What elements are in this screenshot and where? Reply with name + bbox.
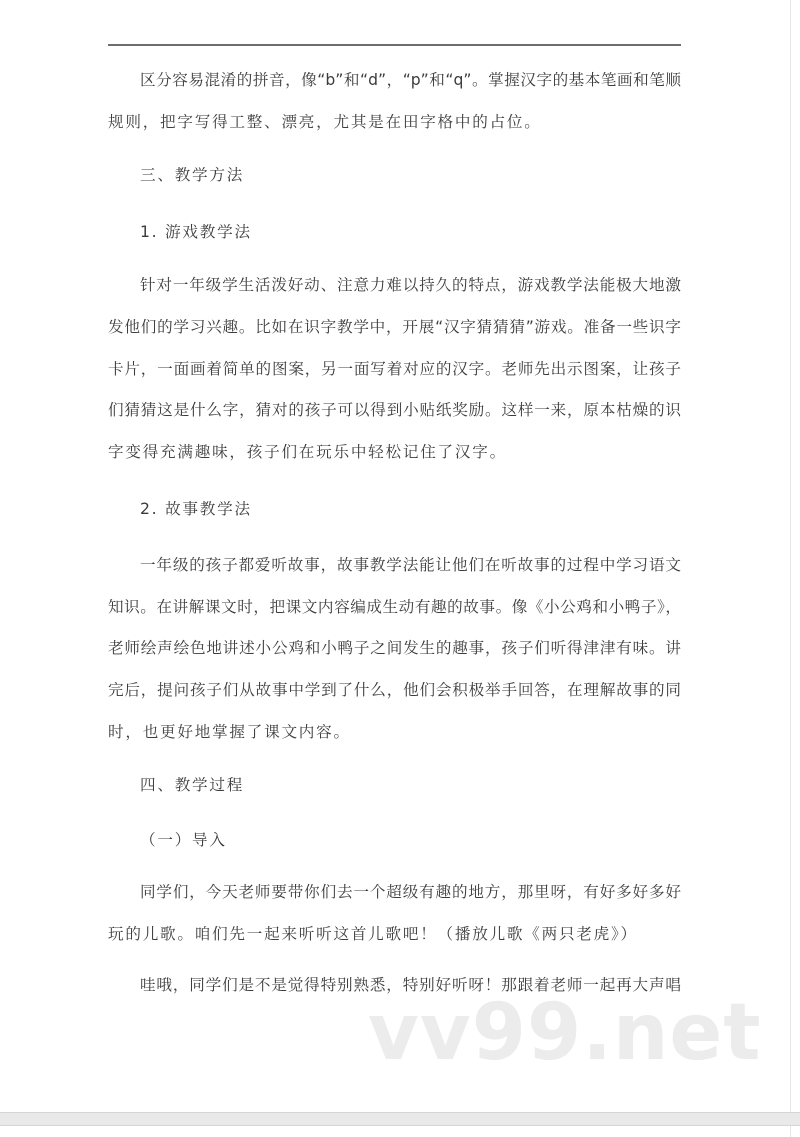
paragraph-line: 针对一年级学生活泼好动、注意力难以持久的特点，游戏教学法能极大地激	[140, 275, 681, 295]
paragraph-line: 玩的儿歌。咱们先一起来听听这首儿歌吧！（播放儿歌《两只老虎》）	[108, 924, 681, 944]
section-heading-teaching-process: 四、教学过程	[140, 775, 713, 795]
watermark-text: vv99.net	[368, 993, 762, 1073]
subheading-game-method: 1. 游戏教学法	[140, 222, 713, 242]
paragraph-line: 老师绘声绘色地讲述小公鸡和小鸭子之间发生的趣事，孩子们听得津津有味。讲	[108, 638, 681, 658]
next-page-top	[0, 1126, 791, 1137]
paragraph-line: 规则，把字写得工整、漂亮，尤其是在田字格中的占位。	[108, 112, 681, 132]
paragraph-line: 知识。在讲解课文时，把课文内容编成生动有趣的故事。像《小公鸡和小鸭子》，	[108, 597, 681, 617]
header-rule	[108, 44, 681, 46]
paragraph-line: 卡片，一面画着简单的图案，另一面写着对应的汉字。老师先出示图案，让孩子	[108, 359, 681, 379]
paragraph-line: 发他们的学习兴趣。比如在识字教学中，开展“汉字猜猜猜”游戏。准备一些识字	[108, 317, 681, 337]
paragraph-line: 时，也更好地掌握了课文内容。	[108, 722, 681, 742]
paragraph-line: 同学们，今天老师要带你们去一个超级有趣的地方，那里呀，有好多好多好	[140, 882, 681, 902]
paragraph-line: 字变得充满趣味，孩子们在玩乐中轻松记住了汉字。	[108, 442, 681, 462]
paragraph-line: 们猜猜这是什么字，猜对的孩子可以得到小贴纸奖励。这样一来，原本枯燥的识	[108, 400, 681, 420]
paragraph-line: 一年级的孩子都爱听故事，故事教学法能让他们在听故事的过程中学习语文	[140, 555, 681, 575]
page-separator	[0, 1112, 800, 1126]
paragraph-line: 区分容易混淆的拼音，像“b”和“d”，“p”和“q”。掌握汉字的基本笔画和笔顺	[140, 70, 681, 90]
document-page: 区分容易混淆的拼音，像“b”和“d”，“p”和“q”。掌握汉字的基本笔画和笔顺 …	[0, 0, 791, 1112]
section-heading-teaching-methods: 三、教学方法	[140, 165, 713, 185]
subheading-introduction: （一）导入	[140, 830, 713, 850]
subheading-story-method: 2. 故事教学法	[140, 499, 713, 519]
paragraph-line: 完后，提问孩子们从故事中学到了什么，他们会积极举手回答，在理解故事的同	[108, 680, 681, 700]
